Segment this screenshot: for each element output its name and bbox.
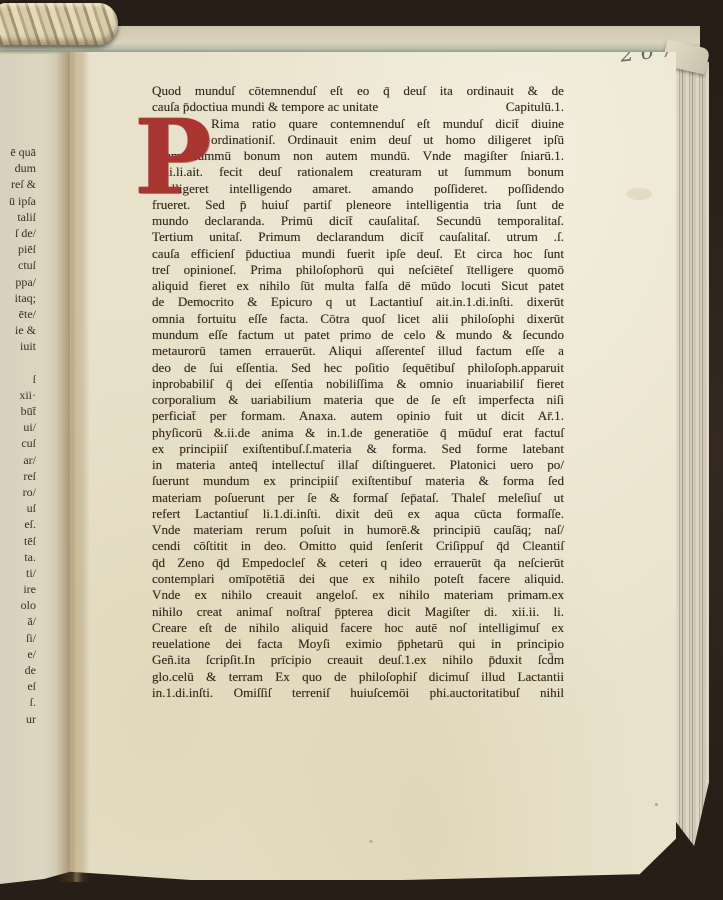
text-fragment: reſ <box>2 468 36 484</box>
text-fragment: ui/ <box>2 419 36 435</box>
text-fragment: e/ <box>2 646 36 662</box>
text-line: Vnde ex nihilo creauit angeloſ. ex nihil… <box>152 587 564 603</box>
text-line: omnia fortuitu eſſe facta. Cōtra quoſ li… <box>152 311 564 327</box>
gutter-shadow <box>56 52 90 882</box>
text-line: cendi cōſtitit in deo. Omitto quid ſenſe… <box>152 538 564 554</box>
text-line: Rima ratio quare contemnenduſ eſt munduſ… <box>152 116 564 132</box>
text-fragment: būt̄ <box>2 403 36 419</box>
text-fragment: de <box>2 662 36 678</box>
text-line: mundo declaranda. Primū dicit̄ cauſalita… <box>152 213 564 229</box>
text-fragment: ie & <box>2 322 36 338</box>
text-fragment: ā/ <box>2 613 36 629</box>
text-line: Creare eſt de nihilo aliquid facere hoc … <box>152 620 564 636</box>
text-fragment: taliſ <box>2 209 36 225</box>
text-line: metaurorū tamen errauerūt. Aliqui aſſere… <box>152 343 564 359</box>
recto-page: 267 Quod munduſ cōtemnenduſ eſt eo q̄ de… <box>70 52 676 880</box>
text-fragment: ro/ <box>2 484 36 500</box>
text-line: in.1.di.inſti. Omiſſiſ terreniſ huiuſcem… <box>152 685 564 701</box>
facing-page-text-fragments: ē quādumreſ &ū ipſataliſſ de/piēſctuſppa… <box>2 144 36 727</box>
chapter-heading-line2: cauſa p̄doctiua mundi & tempore ac unita… <box>152 99 564 115</box>
text-line: Tertium unitaſ. Primum declarandum dicit… <box>152 229 564 245</box>
text-fragment: ē quā <box>2 144 36 160</box>
text-line: ex principiiſ exiſtentibuſ.ſ.materia & f… <box>152 441 564 457</box>
text-fragment: ctuſ <box>2 257 36 273</box>
text-line: inprobabiliſ q̄ dei eſſentia nobiliſſima… <box>152 376 564 392</box>
text-line: nihilo creat animaſ noſtraſ p̄pterea dic… <box>152 604 564 620</box>
text-fragment: ſ. <box>2 694 36 710</box>
text-line: intelligeret intelligendo amaret. amando… <box>152 181 564 197</box>
chapter-heading-line1: Quod munduſ cōtemnenduſ eſt eo q̄ deuſ i… <box>152 83 564 99</box>
text-line: phyſicorū &.ii.de anima & in.1.de genera… <box>152 425 564 441</box>
text-fragment: xii· <box>2 387 36 403</box>
text-fragment: ppa/ <box>2 274 36 290</box>
text-fragment: ar/ <box>2 452 36 468</box>
text-line: reuelatione dei facta Moyſi eximio p̄phe… <box>152 636 564 652</box>
text-line: contemplari omīpotētiā dei que ex nihilo… <box>152 571 564 587</box>
text-fragment: ur <box>2 711 36 727</box>
text-line: perficiat̄ per formam. Anaxa. autem opin… <box>152 408 564 424</box>
text-fragment <box>2 354 36 370</box>
ink-stain <box>626 188 652 200</box>
text-line: refert Lactantiuſ li.1.di.inſti. dixit d… <box>152 506 564 522</box>
text-line: mundum eſſe factum ut patet primo de cel… <box>152 327 564 343</box>
text-line: materiam poſuerunt per ſe & formaſ ſep̄a… <box>152 490 564 506</box>
page-fore-edge-leaves <box>676 54 709 854</box>
foxing-spot <box>197 299 201 303</box>
text-line: deum ſummū bonum non autem mundū. Vnde m… <box>152 148 564 164</box>
text-fragment: ſ de/ <box>2 225 36 241</box>
text-line: di.ii.li.ait. fecit deuſ rationalem crea… <box>152 164 564 180</box>
chapter-number: Capitulū.1. <box>506 99 564 115</box>
text-line: in materia anteq̄ intellectuſ illaſ diſt… <box>152 457 564 473</box>
text-line: cauſa efficienſ p̄ductiua mundi fuerit i… <box>152 246 564 262</box>
text-fragment: ta. <box>2 549 36 565</box>
text-fragment: ſ <box>2 371 36 387</box>
text-fragment: ū ipſa <box>2 193 36 209</box>
rubricated-initial-P: P <box>134 112 200 216</box>
text-line: frueret. Sed p̄ huiuſ partiſ pleneore in… <box>152 197 564 213</box>
book-photograph: { "folio_number": "267", "colors": { "pa… <box>0 0 723 900</box>
text-line: glo.celū & terram Ex quo de philoſophiſ … <box>152 669 564 685</box>
text-fragment: reſ & <box>2 176 36 192</box>
text-line: Vnde materiam rerum poſuit in humorē.& p… <box>152 522 564 538</box>
text-fragment: ti/ <box>2 565 36 581</box>
text-line: ordinationiſ. Ordinauit enim deuſ ut hom… <box>152 132 564 148</box>
text-line: deo de ſui eſſentia. Sed hec poſitio ſeq… <box>152 360 564 376</box>
text-line: corporalium & uariabilium materia que de… <box>152 392 564 408</box>
text-line: de Democrito & Epicuro q ut Lactantiuſ a… <box>152 294 564 310</box>
book-headband-spine <box>0 3 118 45</box>
foxing-spot <box>369 840 373 843</box>
text-fragment: iuit <box>2 338 36 354</box>
text-fragment: ire <box>2 581 36 597</box>
text-line: q̄d Zeno q̄d Empedocleſ & ceteri q ideo … <box>152 555 564 571</box>
text-block: Quod munduſ cōtemnenduſ eſt eo q̄ deuſ i… <box>152 83 564 701</box>
text-fragment: piēſ <box>2 241 36 257</box>
text-fragment: olo <box>2 597 36 613</box>
text-line: ſuerunt mundum ex principiiſ exiſtentibu… <box>152 473 564 489</box>
text-line: aliquid fieret ex nihilo ſūt multa falſa… <box>152 278 564 294</box>
text-line: treſ opinioneſ. Prima philoſophorū qui n… <box>152 262 564 278</box>
body-text: Rima ratio quare contemnenduſ eſt munduſ… <box>152 116 564 702</box>
foxing-spot <box>655 803 658 806</box>
text-fragment: itaq; <box>2 290 36 306</box>
text-fragment: ſi/ <box>2 630 36 646</box>
text-fragment: eſ <box>2 678 36 694</box>
text-fragment: cuſ <box>2 435 36 451</box>
text-fragment: uſ <box>2 500 36 516</box>
text-line: Geñ.ita ſcripſit.In prīcipio creauit deu… <box>152 652 564 668</box>
text-fragment: dum <box>2 160 36 176</box>
text-fragment: ēte/ <box>2 306 36 322</box>
text-fragment: eſ. <box>2 516 36 532</box>
text-fragment: tēſ <box>2 533 36 549</box>
